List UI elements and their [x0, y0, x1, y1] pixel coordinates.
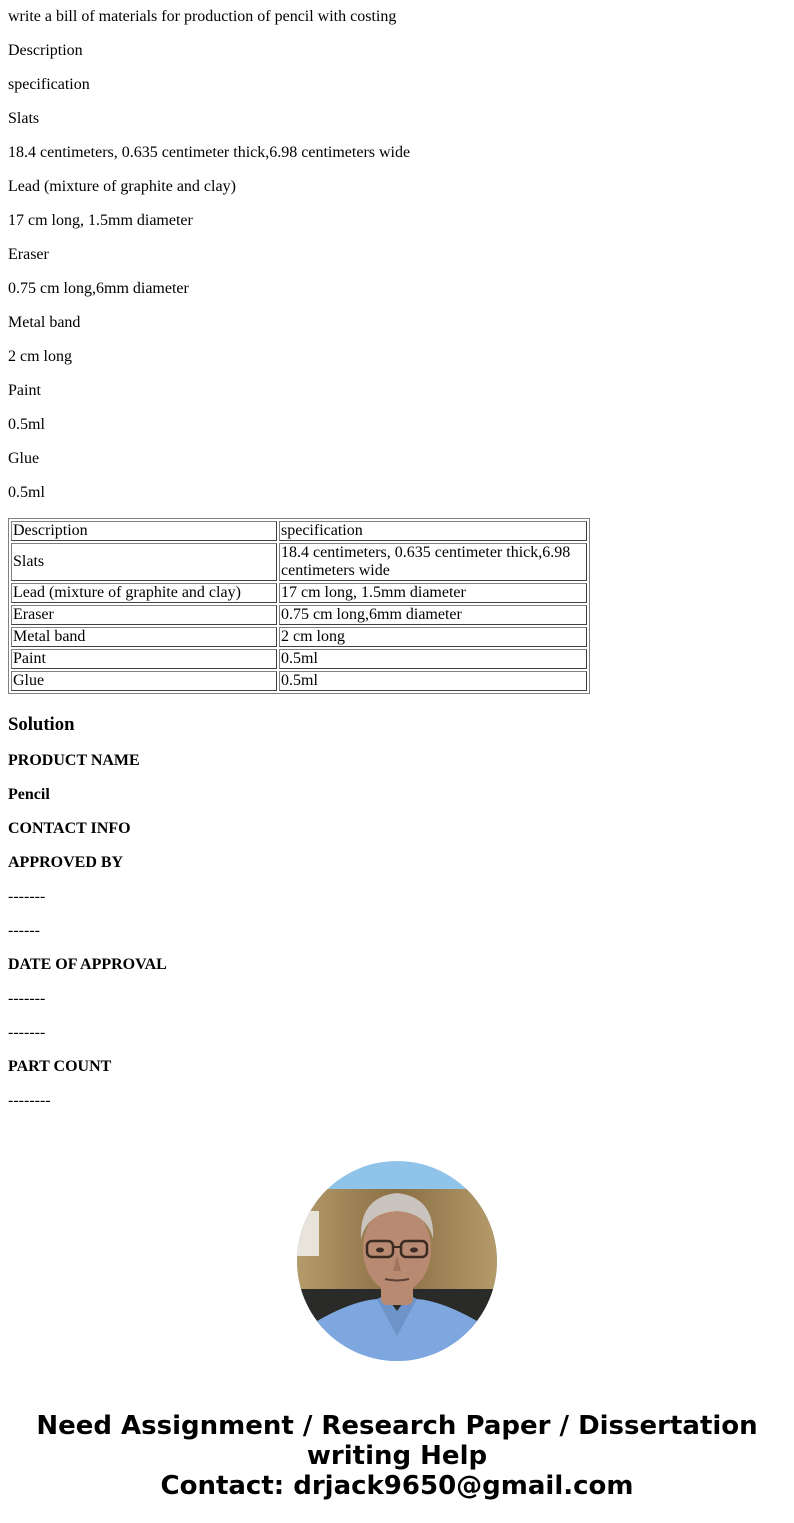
table-cell-description: Glue: [11, 671, 277, 691]
table-row: Paint 0.5ml: [11, 649, 587, 669]
solution-line-placeholder: -------: [8, 1024, 786, 1042]
solution-line-date-of-approval-label: DATE OF APPROVAL: [8, 956, 786, 974]
question-line: 0.5ml: [8, 484, 786, 502]
question-line: Description: [8, 42, 786, 60]
solution-line-placeholder: -------: [8, 888, 786, 906]
question-line: 2 cm long: [8, 348, 786, 366]
table-row: Metal band 2 cm long: [11, 627, 587, 647]
question-line: Glue: [8, 450, 786, 468]
table-row: Eraser 0.75 cm long,6mm diameter: [11, 605, 587, 625]
table-cell-specification: 0.5ml: [279, 671, 587, 691]
table-cell-specification: 17 cm long, 1.5mm diameter: [279, 583, 587, 603]
table-cell-description-header: Description: [11, 521, 277, 541]
author-photo-icon: [297, 1161, 497, 1361]
solution-line-approved-by-label: APPROVED BY: [8, 854, 786, 872]
table-cell-specification-header: specification: [279, 521, 587, 541]
bill-of-materials-table: Description specification Slats 18.4 cen…: [8, 518, 590, 694]
page-content: write a bill of materials for production…: [0, 8, 794, 1110]
question-flat-lines: Description specification Slats 18.4 cen…: [8, 42, 786, 502]
promo-contact-email[interactable]: Contact: drjack9650@gmail.com: [0, 1471, 794, 1501]
table-cell-specification: 0.5ml: [279, 649, 587, 669]
table-cell-specification: 0.75 cm long,6mm diameter: [279, 605, 587, 625]
question-line: specification: [8, 76, 786, 94]
table-cell-specification: 2 cm long: [279, 627, 587, 647]
question-line: 0.75 cm long,6mm diameter: [8, 280, 786, 298]
table-row: Lead (mixture of graphite and clay) 17 c…: [11, 583, 587, 603]
table-row: Slats 18.4 centimeters, 0.635 centimeter…: [11, 543, 587, 581]
promo-line-1: Need Assignment / Research Paper / Disse…: [0, 1411, 794, 1441]
solution-line-placeholder: -------: [8, 990, 786, 1008]
table-cell-specification: 18.4 centimeters, 0.635 centimeter thick…: [279, 543, 587, 581]
question-title: write a bill of materials for production…: [8, 8, 786, 26]
question-line: Lead (mixture of graphite and clay): [8, 178, 786, 196]
solution-line-product-name-value: Pencil: [8, 786, 786, 804]
table-row: Glue 0.5ml: [11, 671, 587, 691]
solution-heading: Solution: [8, 714, 786, 736]
question-line: 0.5ml: [8, 416, 786, 434]
table-header-row: Description specification: [11, 521, 587, 541]
table-cell-description: Paint: [11, 649, 277, 669]
solution-line-part-count-label: PART COUNT: [8, 1058, 786, 1076]
table-cell-description: Slats: [11, 543, 277, 581]
question-line: Metal band: [8, 314, 786, 332]
promo-banner: Need Assignment / Research Paper / Disse…: [0, 1411, 794, 1501]
solution-line-contact-info-label: CONTACT INFO: [8, 820, 786, 838]
table-cell-description: Metal band: [11, 627, 277, 647]
table-cell-description: Lead (mixture of graphite and clay): [11, 583, 277, 603]
promo-line-2: writing Help: [0, 1441, 794, 1471]
table-cell-description: Eraser: [11, 605, 277, 625]
question-line: 17 cm long, 1.5mm diameter: [8, 212, 786, 230]
question-line: 18.4 centimeters, 0.635 centimeter thick…: [8, 144, 786, 162]
question-line: Slats: [8, 110, 786, 128]
solution-line-placeholder: ------: [8, 922, 786, 940]
solution-line-placeholder: --------: [8, 1092, 786, 1110]
solution-line-product-name-label: PRODUCT NAME: [8, 752, 786, 770]
question-line: Paint: [8, 382, 786, 400]
solution-body: PRODUCT NAME Pencil CONTACT INFO APPROVE…: [8, 752, 786, 1110]
question-line: Eraser: [8, 246, 786, 264]
author-avatar: [297, 1161, 497, 1361]
